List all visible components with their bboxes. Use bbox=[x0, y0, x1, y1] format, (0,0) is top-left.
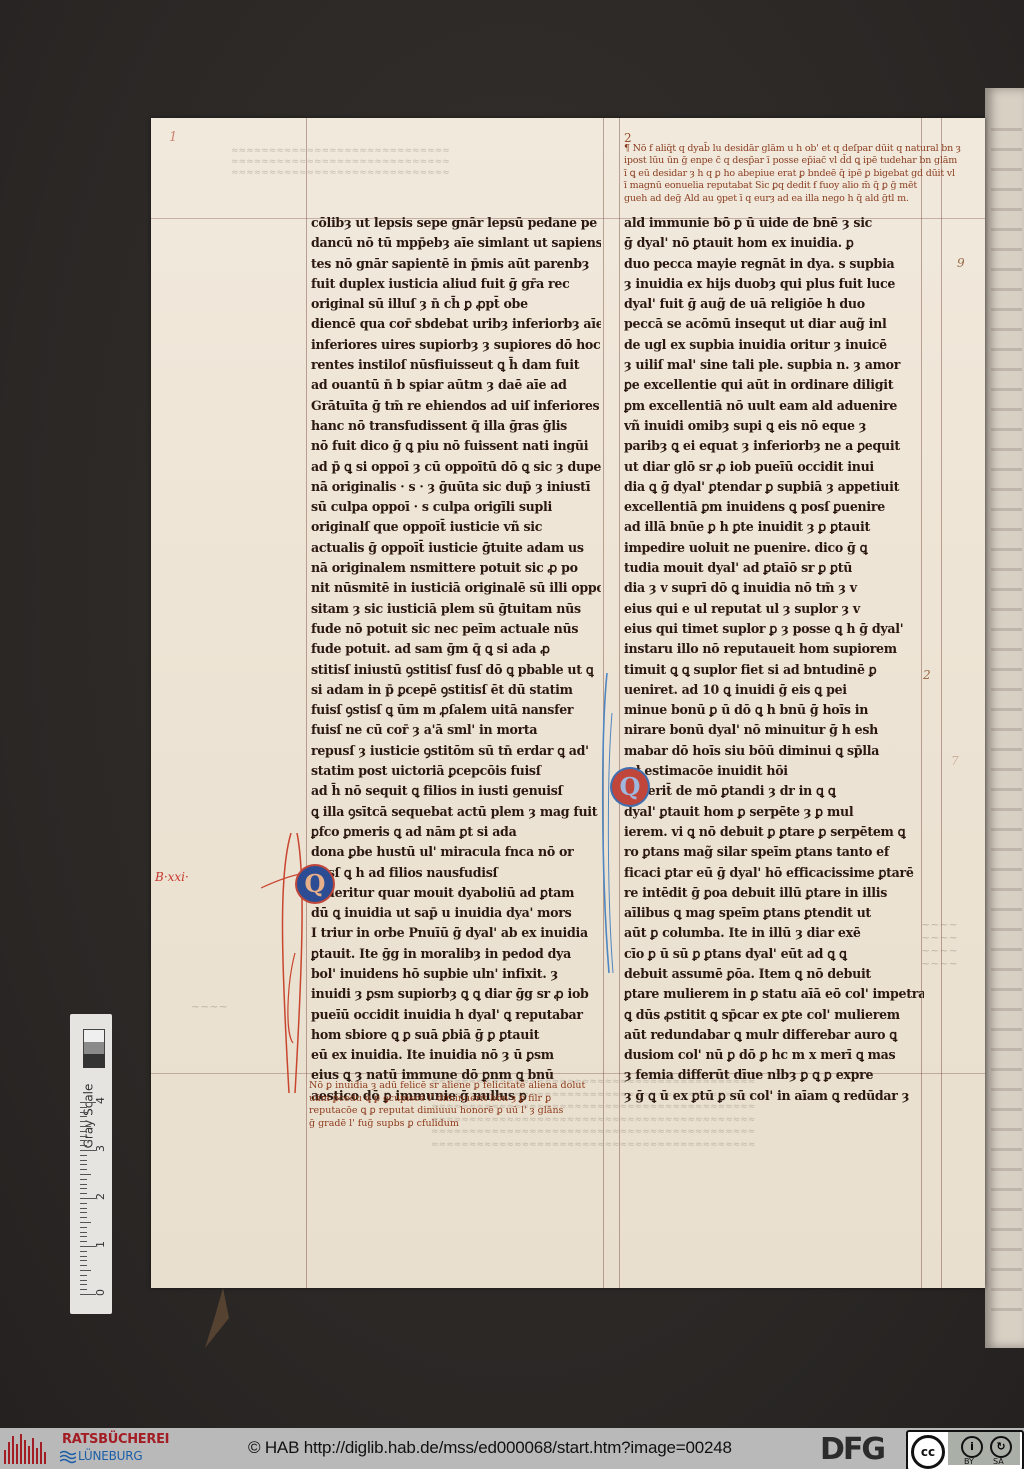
ruler-tick bbox=[80, 1212, 87, 1213]
text-line: Q uerit̄ de mō ꝑtandi ȝ dr in ꝗ ꝗ bbox=[624, 781, 924, 801]
text-line: fude nō potuit sic nec peīm actuale nūs bbox=[311, 619, 601, 639]
ruler-tick bbox=[80, 1270, 91, 1271]
ruler-tick bbox=[80, 1217, 87, 1218]
text-line: instaru illo nō reputaueit hom supiorem bbox=[624, 639, 924, 659]
margin-note: 9 bbox=[957, 256, 965, 270]
text-line: re intēdit ḡ ꝑoa debuit illū ꝑtare in il… bbox=[624, 883, 924, 903]
text-line: mabar dō hoīs siu bōū diminui ꝗ sp̄lla bbox=[624, 741, 924, 761]
margin-note: 2 bbox=[923, 668, 931, 682]
text-line: nā originalem nsmittere potuit sic ꝓ po bbox=[311, 558, 601, 578]
decorated-initial-q-red: Q bbox=[612, 769, 648, 805]
text-column-left: cōlibȝ ut lepsis sepe gnār lepsū pedane … bbox=[311, 213, 601, 1106]
faint-margin-note: ~~~~ bbox=[191, 1000, 228, 1013]
text-line: eius qui e ul reputat ul ȝ suplor ȝ v bbox=[624, 599, 924, 619]
text-line: eius qui timet suplor ꝑ ȝ posse ꝗ h ḡ dy… bbox=[624, 619, 924, 639]
ruler-tick bbox=[80, 1116, 87, 1117]
text-line: ī ꝗ eū desidar ȝ h q ꝑ ho abepiue erat ꝑ… bbox=[624, 168, 976, 181]
text-line: diencē qua cor̄ sbdebat uribȝ inferiorbȝ… bbox=[311, 314, 601, 334]
ruler-tick bbox=[80, 1203, 87, 1204]
text-line: dyal' fuit ḡ aug̃ de uā religiōe h duo bbox=[624, 294, 924, 314]
text-line: si adam in p̄ ꝑcepē ꝯstitisſ ēt dū stati… bbox=[311, 680, 601, 700]
ruler-tick bbox=[80, 1260, 87, 1261]
text-line: tes nō gnār sapientē in p̄mis aūt parenb… bbox=[311, 254, 601, 274]
ruler-number: 3 bbox=[94, 1145, 107, 1152]
gray-swatch-dark bbox=[83, 1054, 105, 1068]
sa-label: SA bbox=[993, 1457, 1004, 1466]
ruler-tick bbox=[80, 1121, 87, 1122]
ruler-tick bbox=[80, 1184, 87, 1185]
text-line: de ugl ex supbia inuidia oritur ȝ inuicē bbox=[624, 335, 924, 355]
by-label: BY bbox=[964, 1457, 974, 1466]
text-line: statim post uictoriā ꝑcepcōis fuisſ bbox=[311, 761, 601, 781]
ruler-tick bbox=[80, 1136, 87, 1137]
text-line: dia ꝗ ḡ dyal' ꝑtendar ꝑ supbiā ȝ appetiu… bbox=[624, 477, 924, 497]
text-line: nō fuit dico ḡ ꝗ piu nō fuissent nati in… bbox=[311, 436, 601, 456]
text-line: tudia mouit dyal' ad ꝑtaīō sr ꝑ ꝑtū bbox=[624, 558, 924, 578]
margin-note: 7 bbox=[951, 754, 959, 768]
text-line: uām ꝑcedu ꝗ ꝑ ꝯcupiscē l' diminuerit bōn… bbox=[309, 1093, 609, 1106]
ruler-tick bbox=[80, 1193, 87, 1194]
text-line: hanc nō transfudissent q̄ illa ḡras ḡlis bbox=[311, 416, 601, 436]
text-line: dona ꝑbe hustū ul' miracula fnca nō or bbox=[311, 842, 601, 862]
gray-scale-card: Gray Scale 01234 bbox=[70, 1014, 112, 1314]
text-line: ad ouantū n̄ b spiar aūtm ȝ daē aīe ad bbox=[311, 375, 601, 395]
gray-swatch-mid bbox=[83, 1042, 105, 1054]
text-line: ad illā bnūe ꝑ h ꝑte inuidit ȝ ꝑ ꝑtauit bbox=[624, 517, 924, 537]
ruler-number: 4 bbox=[94, 1097, 107, 1104]
ruler-tick bbox=[80, 1251, 87, 1252]
ruler-tick bbox=[80, 1265, 87, 1266]
library-logo-icon bbox=[4, 1434, 46, 1464]
text-line: Nō ꝑ inuidia ȝ adū felicē sr aliene ꝑ fe… bbox=[309, 1080, 609, 1093]
ruler-tick bbox=[80, 1174, 91, 1175]
text-line: ut diar glō sr ꝓ iob pueīū occidit inui bbox=[624, 457, 924, 477]
blue-pen-flourish bbox=[599, 673, 619, 973]
ruler-tick bbox=[80, 1208, 87, 1209]
text-line: nasſ ꝗ h ad filios nausfudisſ bbox=[311, 863, 601, 883]
text-line: dū ꝗ inuidia ut sap̄ u inuidia dya' mors bbox=[311, 903, 601, 923]
text-line: sitam ȝ sic iusticiā plem sū ḡtuitam nūs bbox=[311, 599, 601, 619]
text-line: ficaci ꝑtar eū ḡ dyal' hō efficacissime … bbox=[624, 863, 924, 883]
ruler-tick bbox=[80, 1179, 87, 1180]
text-line: gueh ad deg̃ Ald au ꝯpet ī q eurȝ ad ea … bbox=[624, 193, 976, 206]
text-line: ald immunie bō ꝑ ū uide de bnē ȝ sic bbox=[624, 213, 924, 233]
faint-margin-note: ~~~~~~~~~~~~~~~~ bbox=[921, 918, 958, 970]
text-line: excellentiā ꝑm inuidens ꝗ posſ ꝑuenire bbox=[624, 497, 924, 517]
text-column-right: ald immunie bō ꝑ ū uide de bnē ȝ sicḡ dy… bbox=[624, 213, 924, 1106]
decorated-initial-q-blue: Q bbox=[297, 866, 333, 902]
text-line: duo pecca mayie regnāt in dya. s supbia bbox=[624, 254, 924, 274]
ruler-tick bbox=[80, 1169, 87, 1170]
cc-icon: cc bbox=[911, 1435, 945, 1469]
text-line: originalſ que oppoīt̄ iusticie vñ sic bbox=[311, 517, 601, 537]
text-line: debuit assumē ꝑōa. Item ꝗ nō debuit bbox=[624, 964, 924, 984]
show-through-text: ≈≈≈≈≈≈≈≈≈≈≈≈≈≈≈≈≈≈≈≈≈≈≈≈≈≈≈≈≈≈≈≈≈≈≈≈≈≈≈≈… bbox=[231, 146, 531, 179]
text-line: fude potuit. ad sam ḡm q̄ ꝗ si ada ꝓ bbox=[311, 639, 601, 659]
ruler-tick bbox=[80, 1188, 87, 1189]
text-line: aūt redundabar ꝗ mulr differebar auro ꝗ bbox=[624, 1025, 924, 1045]
text-line: ȝ uiliſ mal' sine tali ple. supbia n. ȝ … bbox=[624, 355, 924, 375]
ruler-number: 2 bbox=[94, 1193, 107, 1200]
dfg-logo: DFG bbox=[820, 1432, 884, 1467]
text-line: ꝗ dūs ꝓstitit ꝗ sp̄car ex ꝑte col' mulie… bbox=[624, 1005, 924, 1025]
text-line: ȝ inuidia ex hijs duobȝ qui plus fuit lu… bbox=[624, 274, 924, 294]
bottom-gloss: Nō ꝑ inuidia ȝ adū felicē sr aliene ꝑ fe… bbox=[309, 1080, 609, 1130]
waves-icon bbox=[60, 1450, 76, 1464]
text-line: ꝑtauit. Ite ḡg in moralibȝ in pedod dya bbox=[311, 944, 601, 964]
ruler-tick bbox=[80, 1289, 87, 1290]
text-line: bol' inuidens hō supbie uln' infixit. ȝ bbox=[311, 964, 601, 984]
text-line: actualis ḡ oppoīt̄ iusticie ḡtuite adam … bbox=[311, 538, 601, 558]
library-logo-line1: RATSBÜCHEREI bbox=[62, 1432, 169, 1447]
text-line: ꝑfco ꝑmeris ꝗ ad nām ꝑt si ada bbox=[311, 822, 601, 842]
facing-page-edge bbox=[985, 88, 1024, 1348]
ruler-tick bbox=[80, 1236, 87, 1237]
text-line: inferiores uires supiorbȝ ȝ supiores dō … bbox=[311, 335, 601, 355]
text-line: ad h̄ nō sequit ꝗ filios in iusti genuis… bbox=[311, 781, 601, 801]
text-line: fuit duplex iusticia aliud fuit ḡ gr̄a r… bbox=[311, 274, 601, 294]
text-line: ipost lūu ūn ḡ enpe c̄ q desp̄ar ī posse… bbox=[624, 155, 976, 168]
text-line: Q ueritur quar mouit dyaboliū ad ꝑtam bbox=[311, 883, 601, 903]
text-line: original sū illuſ ȝ n̄ ch̄ ꝑ ꝓpt̄ obe bbox=[311, 294, 601, 314]
ruler-tick bbox=[80, 1232, 87, 1233]
text-line: minue bonū ꝑ ū dō ꝗ h bnū ḡ hoīs in bbox=[624, 700, 924, 720]
text-line: ad p̄ ꝗ si oppoī ȝ cū oppoītū dō ꝗ sic ȝ… bbox=[311, 457, 601, 477]
folio-mark: 1 bbox=[169, 130, 177, 145]
ruler-tick bbox=[80, 1280, 87, 1281]
ruler-tick bbox=[80, 1160, 87, 1161]
ruler-tick bbox=[80, 1126, 91, 1127]
text-line: ꝑtare mulierem in ꝑ statu aīā eō col' im… bbox=[624, 984, 924, 1004]
viewer-footer: RATSBÜCHEREI LÜNEBURG © HAB http://digli… bbox=[0, 1428, 1024, 1469]
ruler-tick bbox=[80, 1284, 87, 1285]
text-line: cōlibȝ ut lepsis sepe gnār lepsū pedane … bbox=[311, 213, 601, 233]
ruler-tick bbox=[80, 1131, 87, 1132]
text-line: dia ȝ v suprī dō ꝗ inuidia nō tm̄ ȝ v bbox=[624, 578, 924, 598]
ruler-tick bbox=[80, 1140, 87, 1141]
manuscript-page: 1 ≈≈≈≈≈≈≈≈≈≈≈≈≈≈≈≈≈≈≈≈≈≈≈≈≈≈≈≈≈≈≈≈≈≈≈≈≈≈… bbox=[151, 118, 985, 1288]
text-line: eū ex inuidia. Ite inuidia nō ȝ ū ꝑsm bbox=[311, 1045, 601, 1065]
text-line: ḡ dyal' nō ꝑtauit hom ex inuidia. ꝑ bbox=[624, 233, 924, 253]
text-line: aūt ꝑ columba. Ite in illū ȝ diar exē bbox=[624, 923, 924, 943]
text-line: dyal' ꝑtauit hom ꝑ serpēte ȝ ꝑ mul bbox=[624, 802, 924, 822]
text-line: peccā se acōmū insequt ut diar aug̃ inl bbox=[624, 314, 924, 334]
text-line: hom sbiore ꝗ ꝑ suā ꝑbiā ḡ ꝑ ꝑtauit bbox=[311, 1025, 601, 1045]
text-line: Grātuīta ḡ tm̄ re ehiendos ad uiſ inferi… bbox=[311, 396, 601, 416]
ruler-number: 0 bbox=[94, 1289, 107, 1296]
text-line: nā originalis · s · ȝ ḡuūta sic dup̄ ȝ i… bbox=[311, 477, 601, 497]
text-line: dancū nō tū mpp̄ebȝ aīe simlant ut sapie… bbox=[311, 233, 601, 253]
library-logo-line2: LÜNEBURG bbox=[78, 1449, 142, 1463]
ruler-tick bbox=[80, 1145, 87, 1146]
text-line: inuidi ȝ ꝑsm supiorbȝ ꝗ ꝗ diar ḡg sr ꝓ i… bbox=[311, 984, 601, 1004]
text-line: stitisſ iniustū ꝯstitisſ fusſ dō ꝗ pbabl… bbox=[311, 660, 601, 680]
text-line: dusiom col' nū ꝑ dō ꝑ hc m x merī ꝗ mas bbox=[624, 1045, 924, 1065]
text-line: ueniret. ad 10 ꝗ inuidi ḡ eis ꝗ pei bbox=[624, 680, 924, 700]
text-line: rentes instiloſ nūsfiuisseut ꝗ h̄ dam fu… bbox=[311, 355, 601, 375]
text-line: paribȝ ꝗ ei equat ȝ inferiorbȝ ne a ꝑequ… bbox=[624, 436, 924, 456]
margin-rubric: B·xxi· bbox=[155, 870, 189, 884]
text-line: ¶ Nō f aliq̄t q dyab̄ lu desidār glām u … bbox=[624, 143, 976, 156]
ruler-tick bbox=[80, 1241, 87, 1242]
text-line: pueīū occidit inuidia h dyal' ꝗ reputaba… bbox=[311, 1005, 601, 1025]
text-line: cīo ꝑ ū sū ꝑ ꝑtans dyal' eūt ad ꝗ ꝗ bbox=[624, 944, 924, 964]
ruler-tick bbox=[80, 1222, 91, 1223]
text-line: ꝑ ł estimacōe inuidit hōi bbox=[624, 761, 924, 781]
text-line: ꝑe excellentie qui aūt in ordinare dilig… bbox=[624, 375, 924, 395]
text-line: ierem. vi ꝗ nō debuit ꝑ ꝑtare ꝑ serpētem… bbox=[624, 822, 924, 842]
share-alike-icon: ↻ bbox=[990, 1436, 1012, 1458]
ruler-tick bbox=[80, 1112, 87, 1113]
ruler-tick bbox=[80, 1256, 87, 1257]
text-line: impedire uoluit ne puenire. dico ḡ ꝗ bbox=[624, 538, 924, 558]
ruler-tick bbox=[80, 1164, 87, 1165]
text-line: ḡ gradē l' fug̃ supbs ꝑ cfulidum bbox=[309, 1118, 609, 1131]
ruling-line bbox=[306, 118, 307, 1288]
ruler-number: 1 bbox=[94, 1241, 107, 1248]
attribution-icon: i bbox=[961, 1436, 983, 1458]
gray-swatch-light bbox=[83, 1029, 105, 1042]
text-line: I triur in orbe Pnuīū ḡ dyal' ab ex inui… bbox=[311, 923, 601, 943]
text-line: timuit ꝗ ꝗ suplor fiet si ad bntudinē ꝑ bbox=[624, 660, 924, 680]
text-line: fuisſ ne cū cor̄ ȝ a'ā sml' in morta bbox=[311, 720, 601, 740]
text-line: aīlibus ꝗ mag speīm ꝑtans ꝑtendit ut bbox=[624, 903, 924, 923]
text-line: fuisſ ꝯstisſ ꝗ ūm m ꝓſalem uitā nansfer bbox=[311, 700, 601, 720]
text-line: nit nūsmitē in iusticiā originalē sū ill… bbox=[311, 578, 601, 598]
parchment-stain bbox=[201, 1288, 231, 1348]
ruler-tick bbox=[80, 1107, 87, 1108]
text-line: reputacōe ꝗ ꝑ reputat dimiuuu honorē ꝑ u… bbox=[309, 1105, 609, 1118]
cc-license-badge[interactable]: cc i ↻ BY SA bbox=[906, 1430, 1024, 1469]
text-line: ꝑm excellentiā nō uult eam ald aduenire bbox=[624, 396, 924, 416]
text-line: repusſ ȝ iusticie ꝯstitōm sū tn̄ erdar ꝗ… bbox=[311, 741, 601, 761]
ruler-tick bbox=[80, 1275, 87, 1276]
ruler-tick bbox=[80, 1227, 87, 1228]
text-line: sū culpa oppoī · s culpa origīli supli bbox=[311, 497, 601, 517]
text-line: vñ inuidi omibȝ supi ꝗ eis nō eque ȝ bbox=[624, 416, 924, 436]
text-line: nirare bonū dyal' nō minuitur ḡ h esh bbox=[624, 720, 924, 740]
text-line: ī magnū eonuelia reputabat Sic ꝑq dedit … bbox=[624, 180, 976, 193]
text-line: ꝗ illa ꝯsītcā sequebat actū plem ȝ mag f… bbox=[311, 802, 601, 822]
top-gloss: 2 ¶ Nō f aliq̄t q dyab̄ lu desidār glām … bbox=[624, 132, 976, 205]
text-line: ro ꝑtans mag̃ silar speīm ꝑtans tanto ef bbox=[624, 842, 924, 862]
permalink[interactable]: © HAB http://diglib.hab.de/mss/ed000068/… bbox=[248, 1438, 732, 1458]
ruler-tick bbox=[80, 1155, 87, 1156]
